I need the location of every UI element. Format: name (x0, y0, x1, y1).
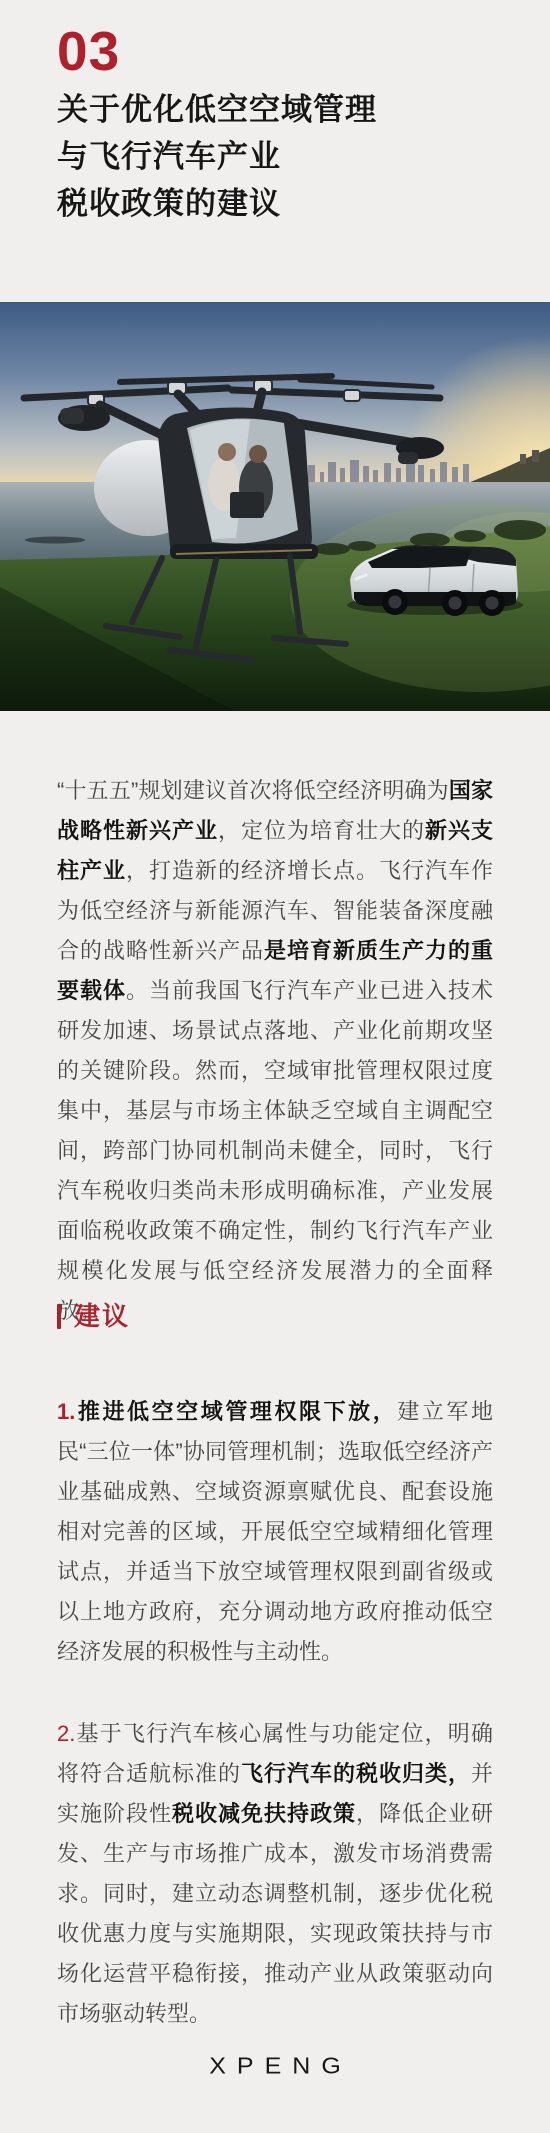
section-header-label: 建议 (74, 1303, 130, 1329)
section-header: 建议 (57, 1300, 130, 1332)
title-line-2: 与飞行汽车产业 (57, 133, 497, 180)
intro-paragraph: “十五五”规划建议首次将低空经济明确为国家战略性新兴产业，定位为培育壮大的新兴支… (57, 771, 493, 1331)
section-number: 03 (57, 24, 120, 79)
red-bar-icon (57, 1304, 61, 1329)
footer: XPENG (0, 2046, 550, 2086)
recommendation-text: 基于飞行汽车核心属性与功能定位，明确将符合适航标准的飞行汽车的税收归类，并实施阶… (57, 1721, 493, 2026)
recommendation-text: 推进低空空域管理权限下放，建立军地民“三位一体”协同管理机制；选取低空经济产业基… (57, 1399, 493, 1664)
recommendation-number: 1. (57, 1399, 75, 1424)
recommendation-item-1: 1.推进低空空域管理权限下放，建立军地民“三位一体”协同管理机制；选取低空经济产… (57, 1392, 493, 1672)
hero-illustration (0, 302, 550, 711)
recommendation-number: 2. (57, 1721, 75, 1746)
title-line-3: 税收政策的建议 (57, 180, 497, 227)
page-title: 关于优化低空空域管理 与飞行汽车产业 税收政策的建议 (57, 86, 497, 227)
hero-image (0, 302, 550, 711)
recommendation-item-2: 2.基于飞行汽车核心属性与功能定位，明确将符合适航标准的飞行汽车的税收归类，并实… (57, 1714, 493, 2034)
poster-page: 03 关于优化低空空域管理 与飞行汽车产业 税收政策的建议 (0, 0, 550, 2133)
xpeng-logo: XPENG (198, 2053, 352, 2080)
title-line-1: 关于优化低空空域管理 (57, 86, 497, 133)
